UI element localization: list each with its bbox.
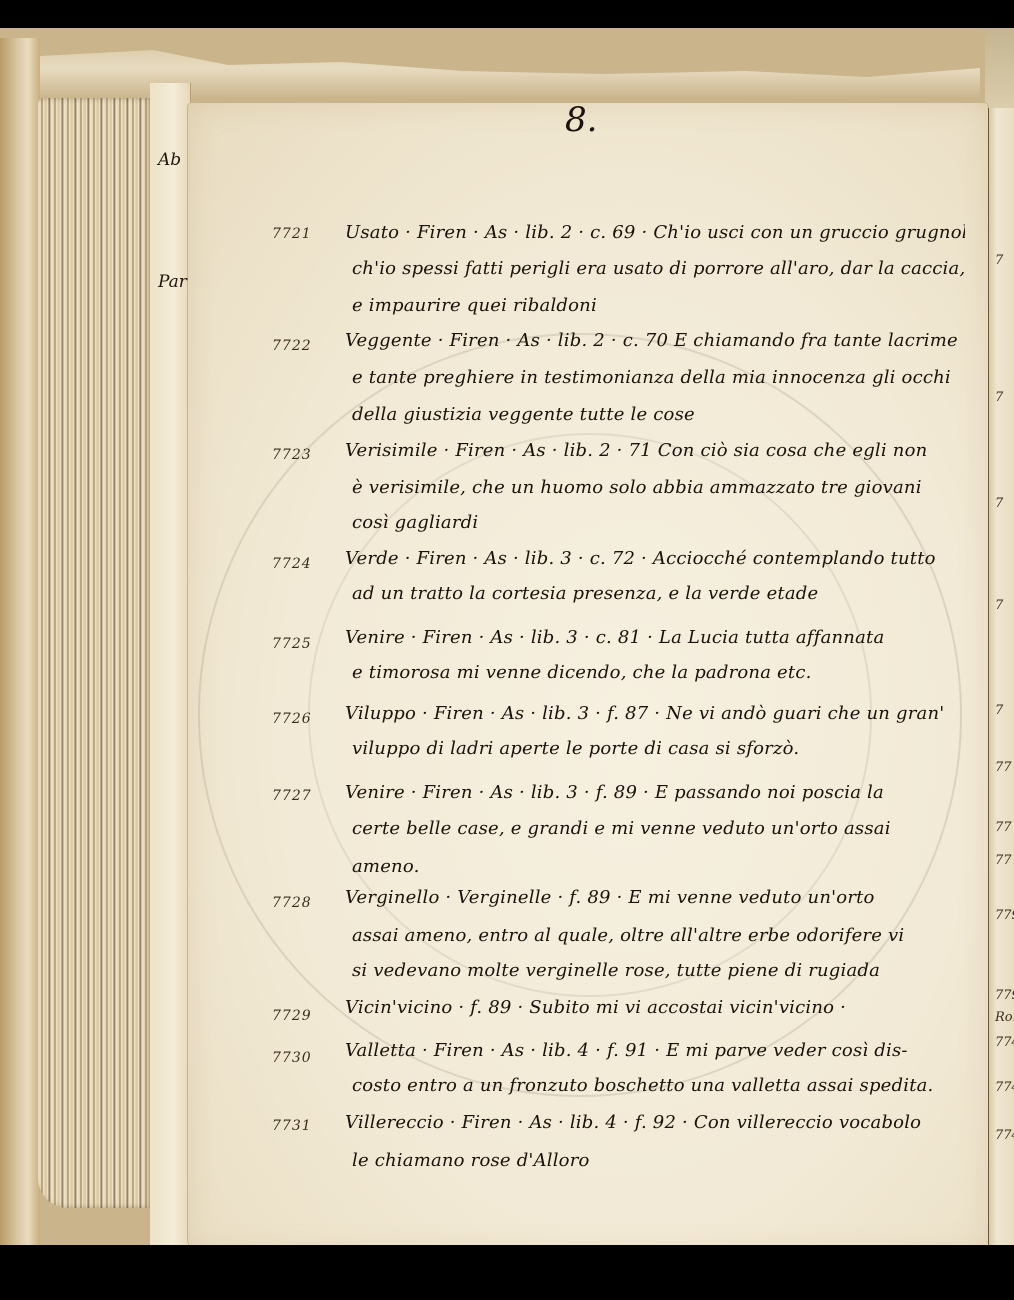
facing-margin-number: 774: [995, 1035, 1014, 1050]
entry-number: 7721: [272, 226, 337, 242]
entry-line: costo entro a un fronzuto boschetto una …: [352, 1075, 972, 1096]
facing-margin-number: 774: [995, 1080, 1014, 1095]
entry-line: Veggente · Firen · As · lib. 2 · c. 70 E…: [345, 330, 965, 351]
entry-line: Verginello · Verginelle · f. 89 · E mi v…: [345, 887, 965, 908]
entry-number: 7731: [272, 1118, 337, 1134]
left-margin-note: Par: [158, 272, 187, 292]
entry-line: Venire · Firen · As · lib. 3 · f. 89 · E…: [345, 782, 965, 803]
facing-page-sliver: 7 7 7 7 7 77 77 77 779 779 Ro:A 774 774 …: [988, 108, 1014, 1253]
entry-number: 7728: [272, 895, 337, 911]
entry-line: Vicin'vicino · f. 89 · Subito mi vi acco…: [345, 997, 965, 1018]
entry-line: Verde · Firen · As · lib. 3 · c. 72 · Ac…: [345, 548, 965, 569]
fanned-page-edges: [38, 98, 153, 1208]
entry-number: 7729: [272, 1008, 337, 1024]
entry-line: si vedevano molte verginelle rose, tutte…: [352, 960, 972, 981]
entry-line: Usato · Firen · As · lib. 2 · c. 69 · Ch…: [345, 222, 965, 243]
facing-margin-number: 7: [995, 703, 1003, 718]
facing-margin-number: 779: [995, 908, 1014, 923]
facing-margin-number: 77: [995, 820, 1012, 835]
entry-number: 7726: [272, 711, 337, 727]
entry-number: 7725: [272, 636, 337, 652]
entry-line: ad un tratto la cortesia presenza, e la …: [352, 583, 972, 604]
entry-line: certe belle case, e grandi e mi venne ve…: [352, 818, 972, 839]
entry-line: della giustizia veggente tutte le cose: [352, 404, 972, 425]
right-corner: [985, 28, 1014, 118]
folio-number: 8.: [565, 100, 597, 140]
facing-margin-number: 779: [995, 988, 1014, 1003]
entry-line: ameno.: [352, 856, 972, 877]
facing-margin-number: 7: [995, 598, 1003, 613]
facing-margin-number: 7: [995, 253, 1003, 268]
entry-number: 7727: [272, 788, 337, 804]
entry-line: Venire · Firen · As · lib. 3 · c. 81 · L…: [345, 627, 965, 648]
entry-number: 7723: [272, 447, 337, 463]
entry-line: e timorosa mi venne dicendo, che la padr…: [352, 662, 972, 683]
entry-line: è verisimile, che un huomo solo abbia am…: [352, 477, 972, 498]
facing-margin-number: 7: [995, 496, 1003, 511]
background-edge: [0, 1245, 1014, 1300]
facing-margin-number: 77: [995, 760, 1012, 775]
entry-line: Villereccio · Firen · As · lib. 4 · f. 9…: [345, 1112, 965, 1133]
entry-line: e tante preghiere in testimonianza della…: [352, 367, 972, 388]
entry-number: 7724: [272, 556, 337, 572]
entry-number: 7730: [272, 1050, 337, 1066]
facing-margin-number: 774: [995, 1128, 1014, 1143]
left-flyleaf: [150, 83, 191, 1253]
entry-line: Viluppo · Firen · As · lib. 3 · f. 87 · …: [345, 703, 965, 724]
entry-line: così gagliardi: [352, 512, 972, 533]
entry-line: viluppo di ladri aperte le porte di casa…: [352, 738, 972, 759]
left-margin-note: Ab: [158, 150, 181, 170]
book-binding: [0, 38, 40, 1248]
entry-line: ch'io spessi fatti perigli era usato di …: [352, 258, 972, 279]
entry-line: le chiamano rose d'Alloro: [352, 1150, 972, 1171]
facing-margin-number: Ro:A: [995, 1010, 1014, 1025]
entry-number: 7722: [272, 338, 337, 354]
entry-line: e impaurire quei ribaldoni: [352, 295, 972, 316]
entry-line: Verisimile · Firen · As · lib. 2 · 71 Co…: [345, 440, 965, 461]
entry-line: assai ameno, entro al quale, oltre all'a…: [352, 925, 972, 946]
facing-margin-number: 77: [995, 853, 1012, 868]
entry-line: Valletta · Firen · As · lib. 4 · f. 91 ·…: [345, 1040, 965, 1061]
facing-margin-number: 7: [995, 390, 1003, 405]
